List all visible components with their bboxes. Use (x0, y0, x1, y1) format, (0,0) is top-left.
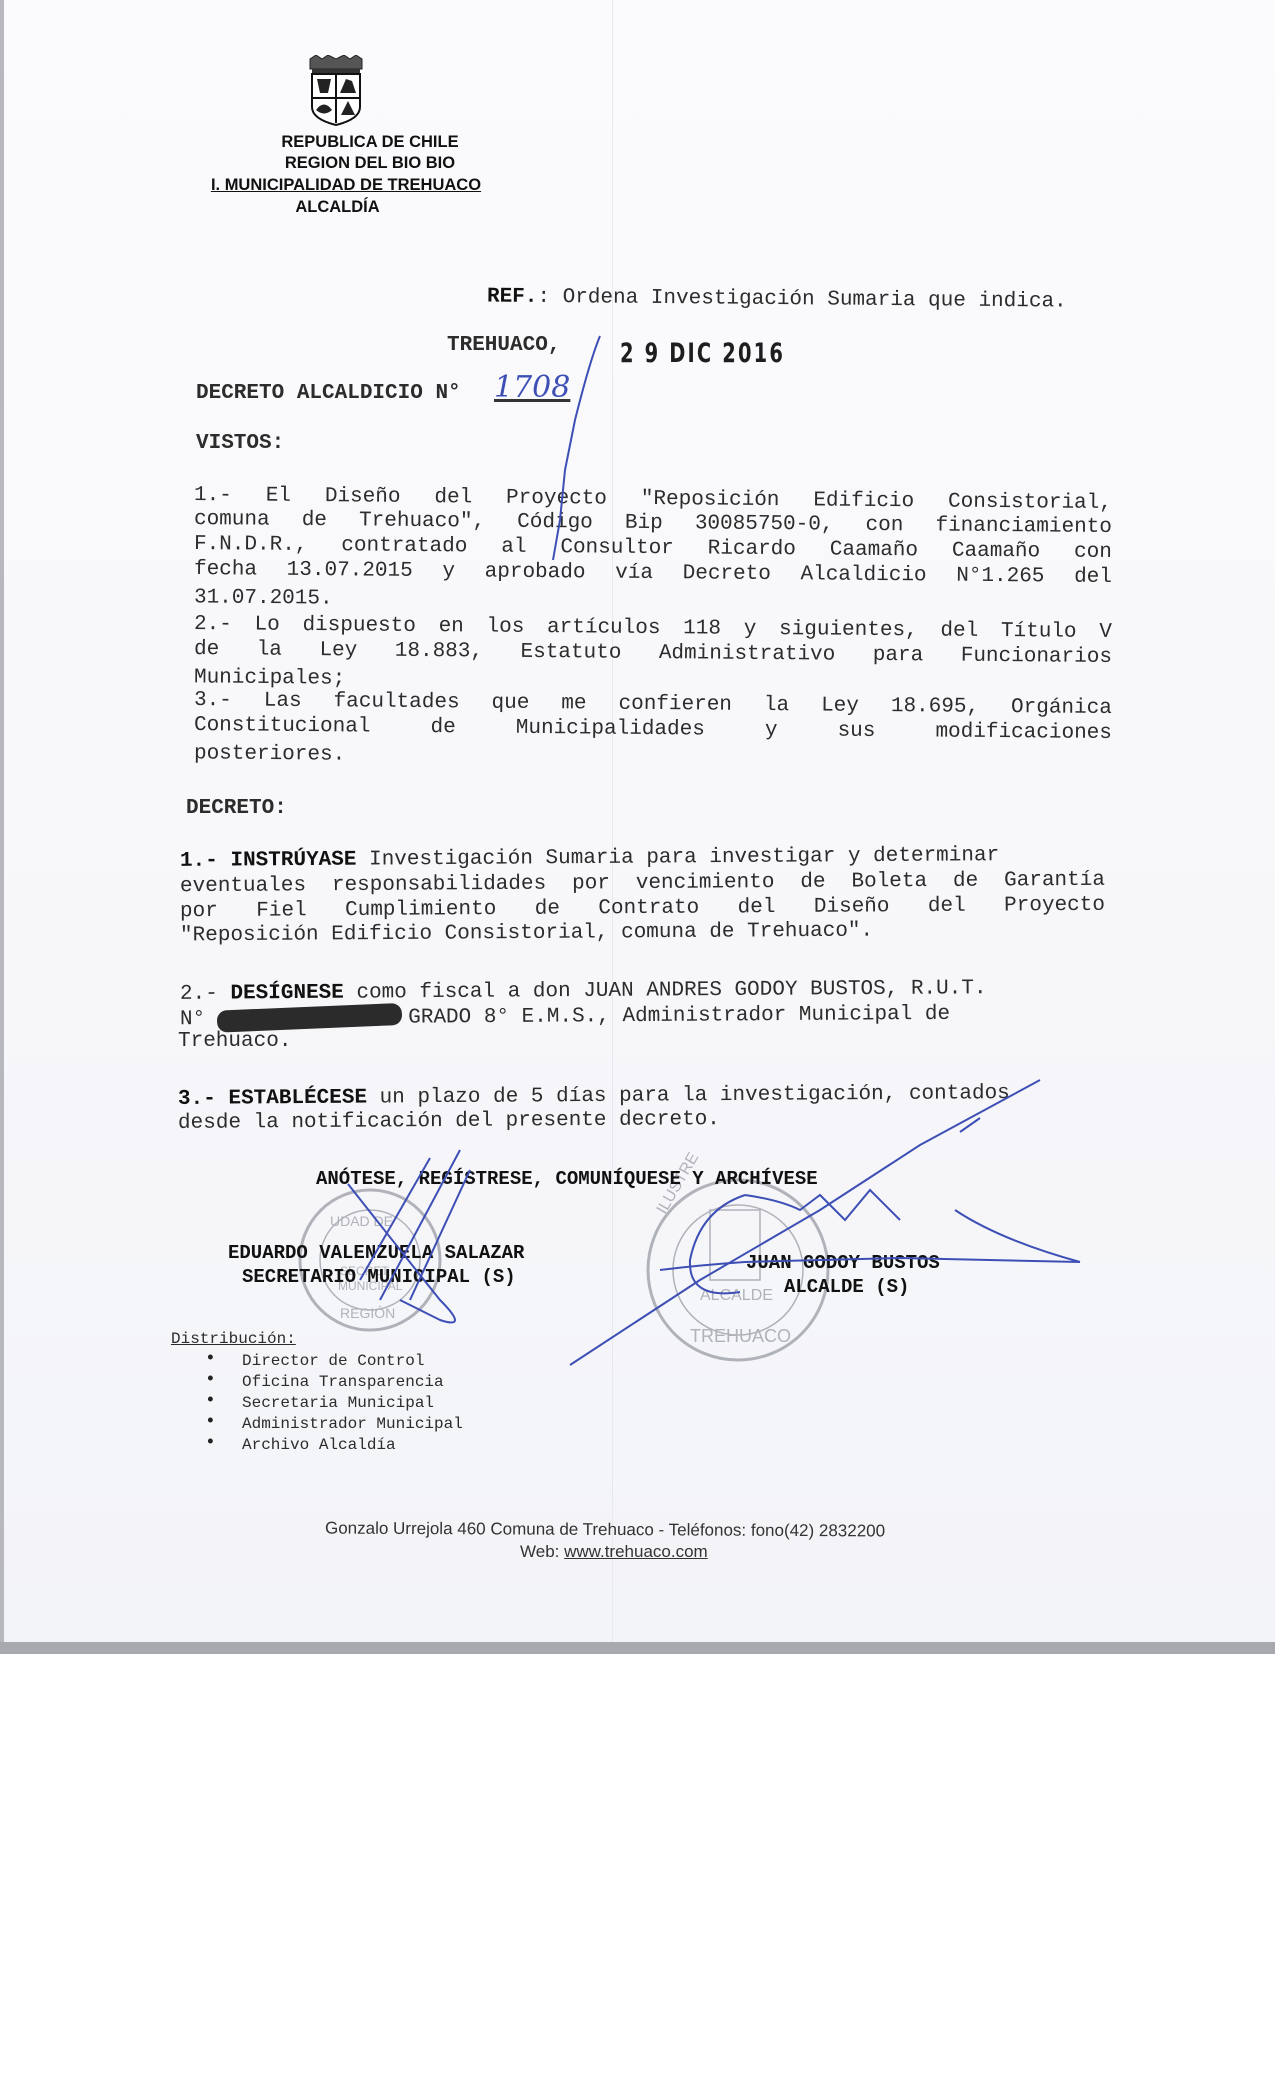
ref-label: REF. (487, 285, 538, 308)
secretary-name: EDUARDO VALENZUELA SALAZAR (228, 1242, 524, 1264)
bullet-icon: • (205, 1391, 216, 1411)
item-2-text: como fiscal a don JUAN ANDRES GODOY BUST… (344, 977, 987, 1004)
item-2-keyword: DESÍGNESE (230, 982, 344, 1006)
footer-web-label: Web: (520, 1542, 564, 1561)
item-1-keyword: INSTRÚYASE (230, 849, 356, 873)
bullet-icon: • (205, 1412, 216, 1432)
ref-text: : Ordena Investigación Sumaria que indic… (537, 286, 1066, 314)
distribution-item: Oficina Transparencia (242, 1373, 444, 1391)
item-3-number: 3.- (178, 1088, 216, 1111)
municipal-coat-of-arms-icon (300, 55, 372, 127)
distribution-item: Archivo Alcaldía (242, 1436, 396, 1454)
place: TREHUACO, (447, 334, 560, 357)
vistos-item-2-line: Municipales; (194, 666, 345, 690)
item-1-number: 1.- (180, 850, 218, 873)
date-stamp: 2 9 DIC 2016 (620, 338, 785, 369)
header-republic: REPUBLICA DE CHILE (250, 133, 490, 152)
item-2-number: 2.- (180, 983, 218, 1006)
vistos-item-1-line: 31.07.2015. (194, 586, 333, 610)
footer-web: Web: www.trehuaco.com (520, 1542, 708, 1562)
mayor-name: JUAN GODOY BUSTOS (746, 1252, 940, 1274)
decreto-item-1-line: "Reposición Edificio Consistorial, comun… (180, 920, 873, 948)
item-3-text: un plazo de 5 días para la investigación… (367, 1082, 1010, 1109)
footer-web-link[interactable]: www.trehuaco.com (564, 1542, 708, 1561)
item-3-keyword: ESTABLÉCESE (228, 1087, 367, 1111)
mayor-title: ALCALDE (S) (784, 1276, 909, 1298)
vistos-item-3-line: posteriores. (194, 742, 345, 766)
distribution-item: Secretaria Municipal (242, 1394, 434, 1412)
secretary-title: SECRETARIO MUNICIPAL (S) (242, 1266, 516, 1288)
distribution-title: Distribución: (171, 1330, 296, 1348)
scanned-page (0, 0, 1275, 1642)
footer-address: Gonzalo Urrejola 460 Comuna de Trehuaco … (325, 1519, 885, 1542)
vistos-title: VISTOS: (196, 432, 284, 455)
page-fold-line (612, 0, 613, 1642)
closing-formula: ANÓTESE, REGÍSTRESE, COMUNÍQUESE Y ARCHÍ… (316, 1168, 818, 1190)
decree-number: 1708 (494, 370, 570, 405)
decree-label: DECRETO ALCALDICIO N° (196, 382, 461, 405)
header-region: REGION DEL BIO BIO (250, 154, 490, 173)
item-2-rut-label: N° (180, 1008, 205, 1031)
redacted-rut (217, 1003, 403, 1033)
distribution-item: Director de Control (242, 1352, 424, 1370)
bullet-icon: • (205, 1349, 216, 1369)
decreto-item-2-line-3: Trehuaco. (178, 1030, 291, 1053)
bullet-icon: • (205, 1370, 216, 1390)
decreto-item-3-line-2: desde la notificación del presente decre… (178, 1108, 720, 1135)
header-office: ALCALDÍA (250, 198, 425, 217)
distribution-item: Administrador Municipal (242, 1415, 463, 1433)
item-1-text: Investigación Sumaria para investigar y … (356, 844, 999, 871)
decreto-title: DECRETO: (186, 797, 287, 820)
bullet-icon: • (205, 1433, 216, 1453)
item-2-grade-text: GRADO 8° E.M.S., Administrador Municipal… (408, 1003, 950, 1030)
header-municipality: I. MUNICIPALIDAD DE TREHUACO (196, 176, 496, 195)
scan-bottom-edge (0, 1642, 1275, 1654)
